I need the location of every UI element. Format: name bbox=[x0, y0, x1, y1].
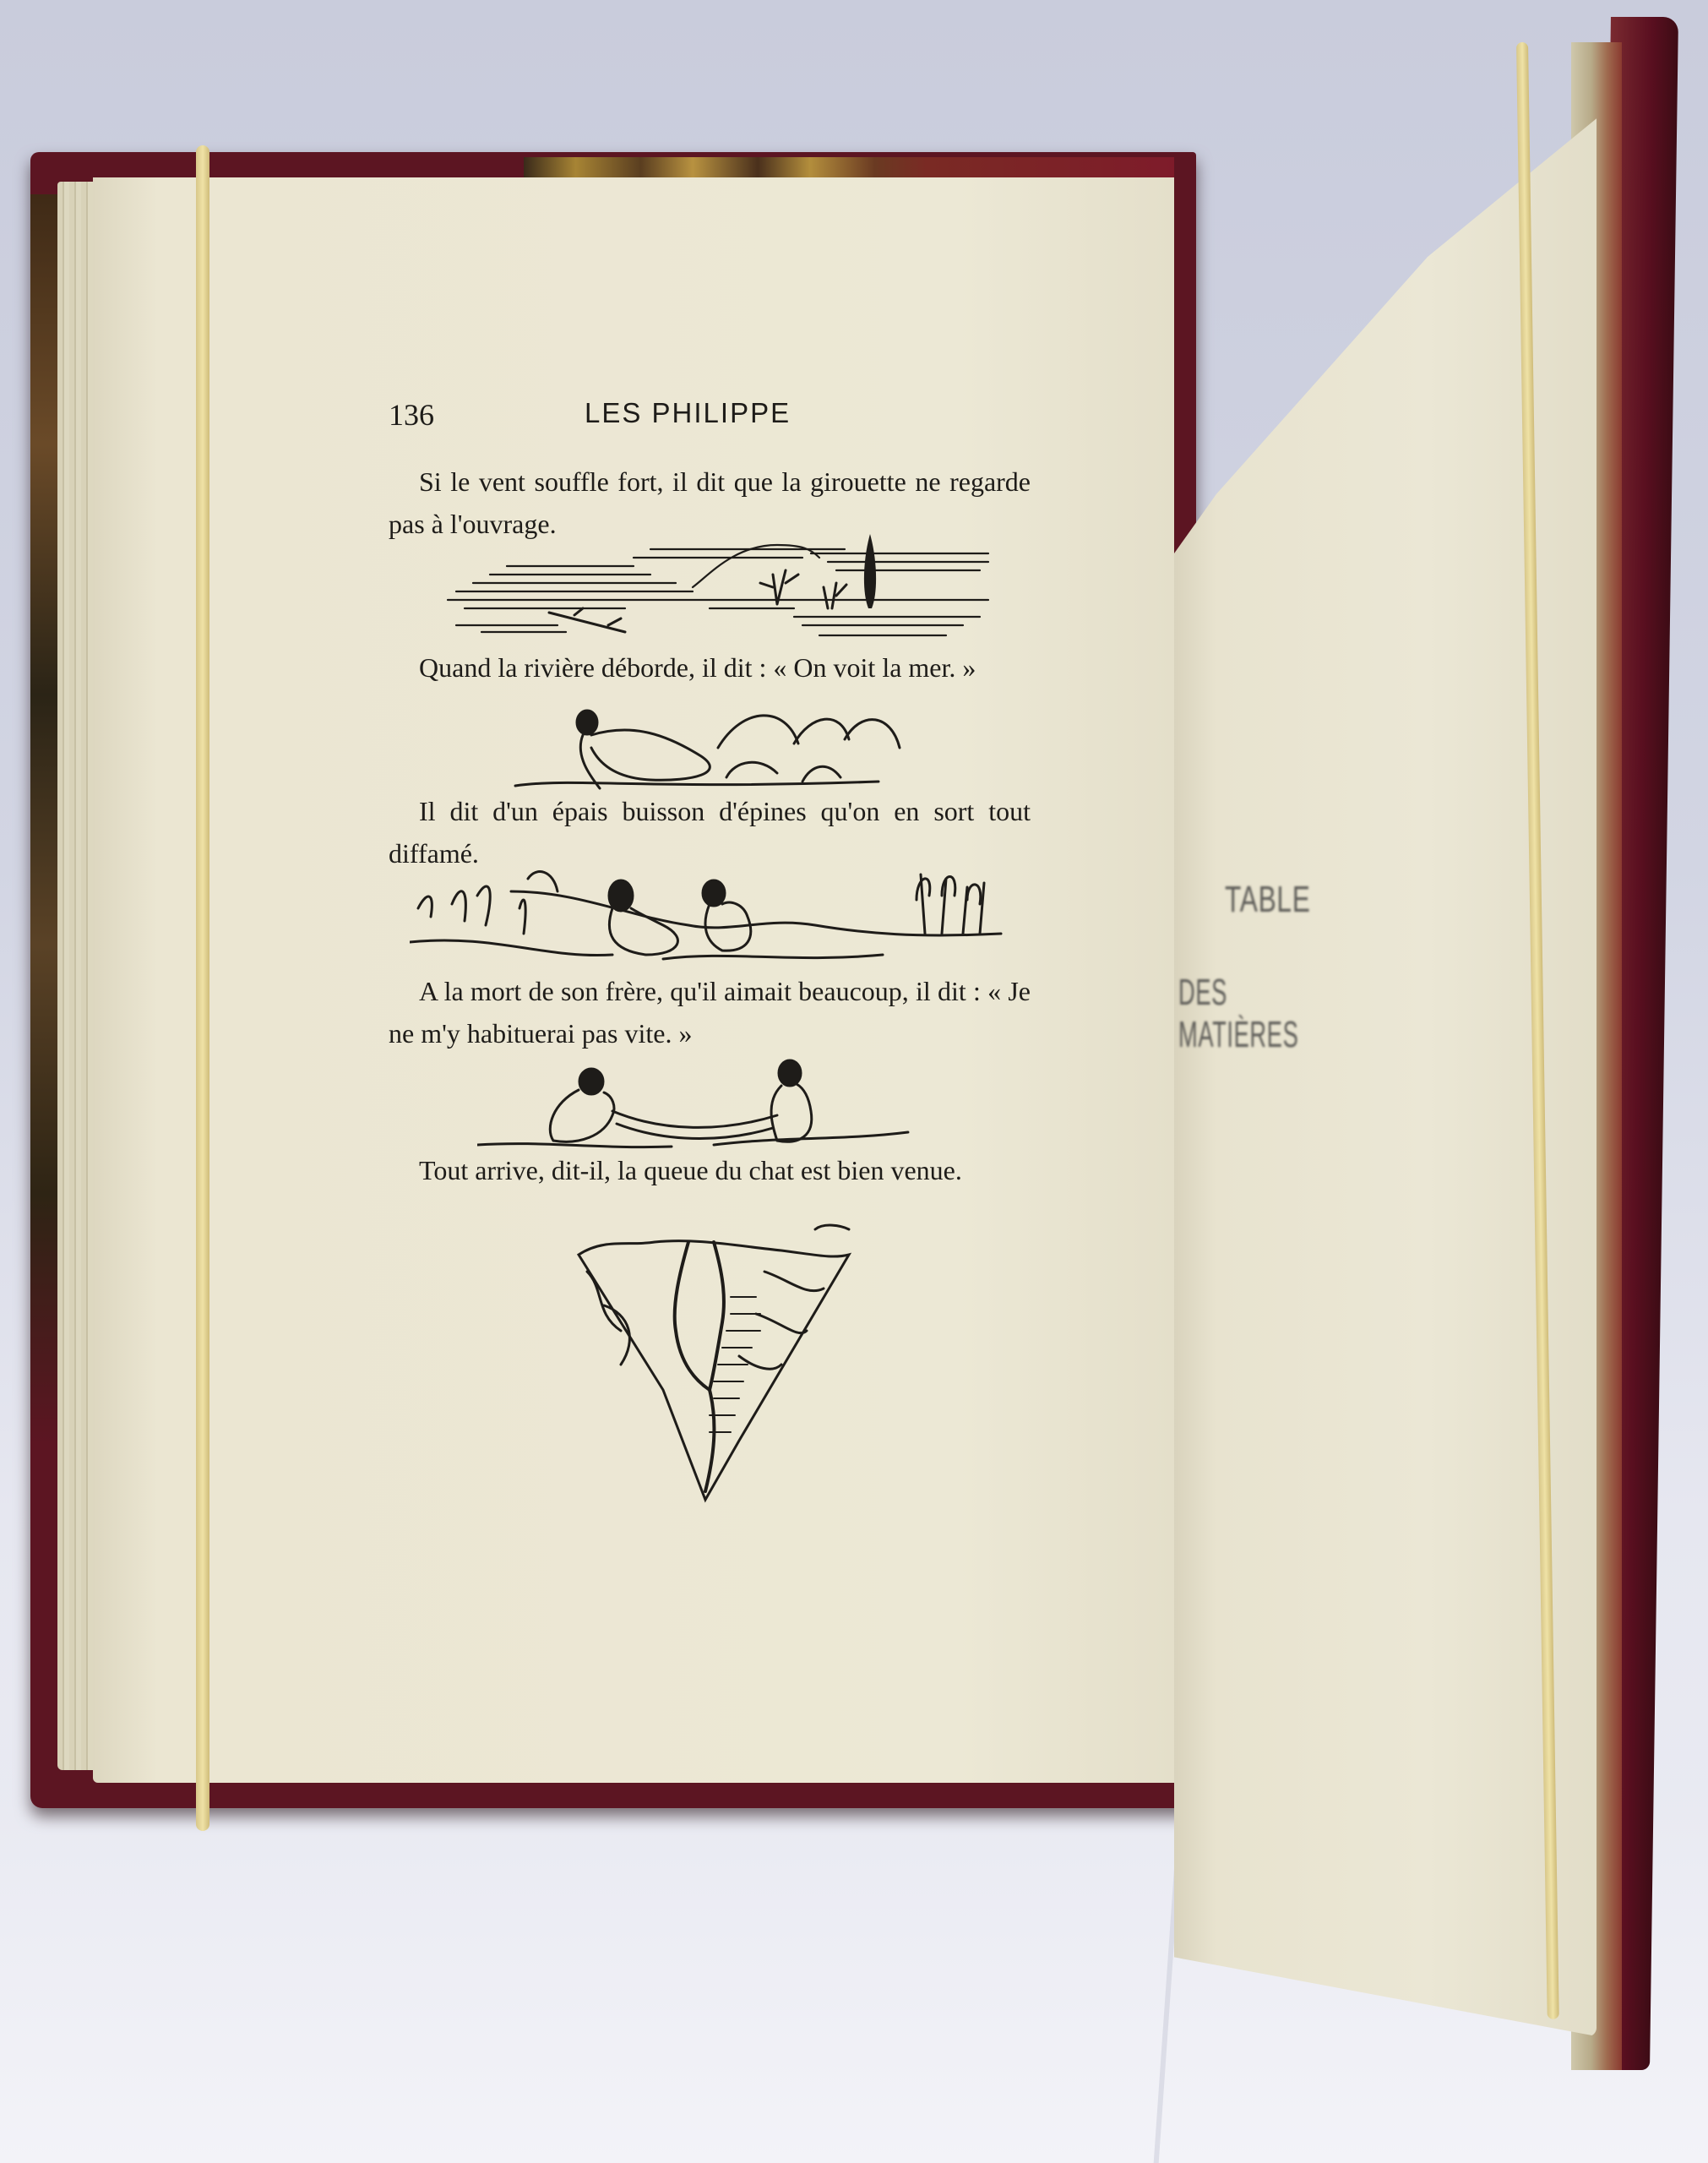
two-women-in-field-woodcut bbox=[410, 858, 1009, 976]
toc-half-title: TABLE DES MATIÈRES bbox=[1178, 879, 1432, 1056]
marbled-spine-edge bbox=[30, 194, 59, 1445]
two-men-with-sheet-woodcut bbox=[477, 1052, 925, 1153]
flooded-landscape-woodcut bbox=[439, 524, 997, 651]
paragraph-4: A la mort de son frère, qu'il aimait bea… bbox=[389, 970, 1031, 1054]
page-number: 136 bbox=[389, 397, 434, 433]
toc-heading-line1: TABLE bbox=[1225, 879, 1373, 921]
marbled-headband bbox=[524, 157, 1174, 179]
toc-heading-line2: DES MATIÈRES bbox=[1178, 972, 1335, 1056]
elastic-band-left bbox=[196, 145, 209, 1831]
cat-climbing-wall-woodcut bbox=[570, 1221, 866, 1512]
paragraph-5: Tout arrive, dit-il, la queue du chat es… bbox=[389, 1149, 1031, 1191]
woman-in-wind-woodcut bbox=[507, 697, 912, 798]
running-head: 136 LES PHILIPPE bbox=[389, 397, 1047, 439]
paragraph-2: Quand la rivière déborde, il dit : « On … bbox=[389, 646, 1031, 689]
running-title: LES PHILIPPE bbox=[585, 397, 791, 429]
